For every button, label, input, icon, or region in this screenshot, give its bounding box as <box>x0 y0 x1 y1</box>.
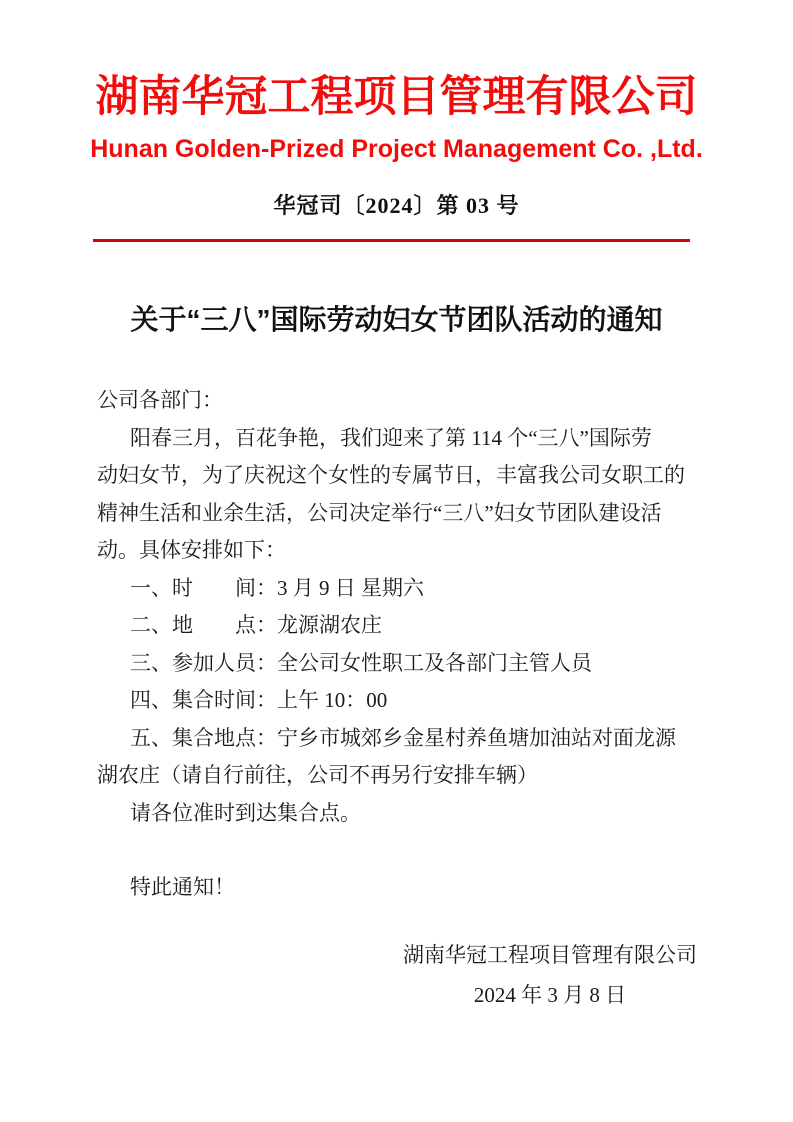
body-line-item-meet-place: 五、集合地点：宁乡市城郊乡金星村养鱼塘加油站对面龙源 <box>97 720 705 758</box>
body-line: 湖农庄（请自行前往，公司不再另行安排车辆） <box>97 757 705 795</box>
body-line: 动。具体安排如下： <box>97 532 705 570</box>
signature-company: 湖南华冠工程项目管理有限公司 <box>403 935 697 975</box>
body-line: 动妇女节，为了庆祝这个女性的专属节日，丰富我公司女职工的 <box>97 457 705 495</box>
body-line-item-place: 二、地 点：龙源湖农庄 <box>97 607 705 645</box>
body-line-salutation: 公司各部门： <box>97 382 705 420</box>
signature-block: 湖南华冠工程项目管理有限公司 2024 年 3 月 8 日 <box>0 935 697 1015</box>
body-line-item-meet-time: 四、集合时间：上午 10：00 <box>97 682 705 720</box>
body-line-closing: 特此通知！ <box>97 869 705 907</box>
document-page: 湖南华冠工程项目管理有限公司 Hunan Golden-Prized Proje… <box>0 0 793 1122</box>
signature-inner: 湖南华冠工程项目管理有限公司 2024 年 3 月 8 日 <box>403 935 697 1015</box>
red-divider-rule <box>93 239 690 242</box>
body-line-item-attendees: 三、参加人员：全公司女性职工及各部门主管人员 <box>97 645 705 683</box>
body-line: 阳春三月，百花争艳，我们迎来了第 114 个“三八”国际劳 <box>97 420 705 458</box>
body-line: 精神生活和业余生活，公司决定举行“三八”妇女节团队建设活 <box>97 495 705 533</box>
body-line-item-time: 一、时 间：3 月 9 日 星期六 <box>97 570 705 608</box>
company-name-en: Hunan Golden-Prized Project Management C… <box>0 135 793 164</box>
document-number: 华冠司〔2024〕第 03 号 <box>0 193 793 219</box>
company-name-cn: 湖南华冠工程项目管理有限公司 <box>0 0 793 122</box>
notice-body: 公司各部门： 阳春三月，百花争艳，我们迎来了第 114 个“三八”国际劳 动妇女… <box>97 382 705 907</box>
signature-date: 2024 年 3 月 8 日 <box>403 975 697 1015</box>
notice-title: 关于“三八”国际劳动妇女节团队活动的通知 <box>0 304 793 336</box>
body-line: 请各位准时到达集合点。 <box>97 795 705 833</box>
